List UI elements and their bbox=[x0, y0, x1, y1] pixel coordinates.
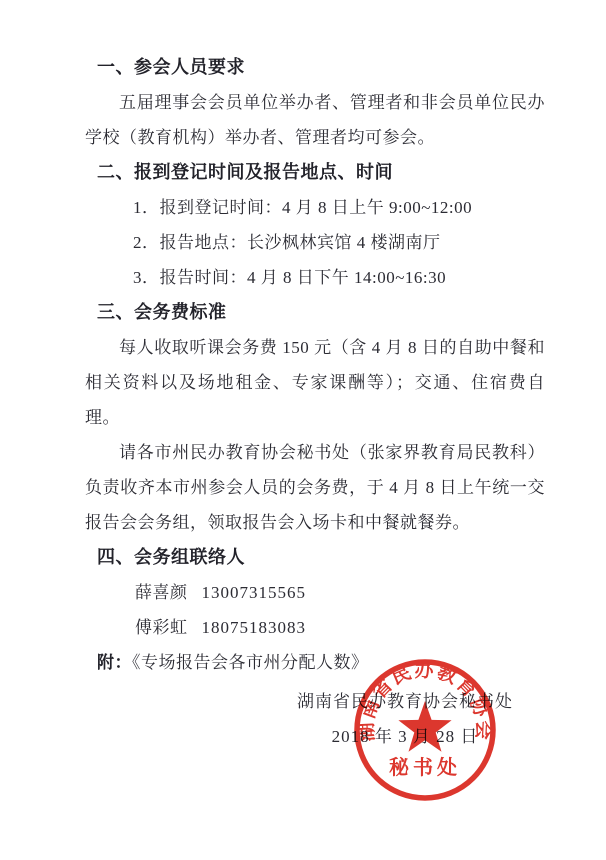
attachment-title: 《专场报告会各市州分配人数》 bbox=[132, 653, 369, 672]
section-heading-1: 一、参会人员要求 bbox=[97, 50, 545, 85]
contact-line-2: 傅彩虹18075183083 bbox=[135, 610, 545, 645]
paragraph-fee-collection: 请各市州民办教育协会秘书处（张家界教育局民教科）负责收齐本市州参会人员的会务费，… bbox=[85, 435, 545, 540]
seal-center-label: 秘书处 bbox=[389, 755, 461, 779]
attachment-label: 附： bbox=[97, 653, 132, 672]
contact-name: 薛喜颜 bbox=[135, 583, 188, 602]
paragraph-attendees: 五届理事会会员单位举办者、管理者和非会员单位民办学校（教育机构）举办者、管理者均… bbox=[85, 85, 545, 155]
section-heading-2: 二、报到登记时间及报告地点、时间 bbox=[97, 155, 545, 190]
contact-line-1: 薛喜颜13007315565 bbox=[135, 575, 545, 610]
seal-star-icon bbox=[398, 701, 451, 752]
list-item-report-time: 3．报告时间：4 月 8 日下午 14:00~16:30 bbox=[133, 260, 545, 295]
section-heading-3: 三、会务费标准 bbox=[97, 295, 545, 330]
document-body: 一、参会人员要求 五届理事会会员单位举办者、管理者和非会员单位民办学校（教育机构… bbox=[85, 50, 545, 680]
list-item-registration-time: 1．报到登记时间：4 月 8 日上午 9:00~12:00 bbox=[133, 190, 545, 225]
contact-phone: 13007315565 bbox=[202, 583, 307, 602]
document-page: 一、参会人员要求 五届理事会会员单位举办者、管理者和非会员单位民办学校（教育机构… bbox=[0, 0, 606, 860]
list-item-report-location: 2．报告地点：长沙枫林宾馆 4 楼湖南厅 bbox=[133, 225, 545, 260]
official-seal-stamp: 湖南省民办教育协会 秘书处 bbox=[352, 657, 498, 803]
paragraph-fee: 每人收取听课会务费 150 元（含 4 月 8 日的自助中餐和相关资料以及场地租… bbox=[85, 330, 545, 435]
section-heading-4: 四、会务组联络人 bbox=[97, 540, 545, 575]
contact-name: 傅彩虹 bbox=[135, 618, 188, 637]
contact-phone: 18075183083 bbox=[202, 618, 307, 637]
